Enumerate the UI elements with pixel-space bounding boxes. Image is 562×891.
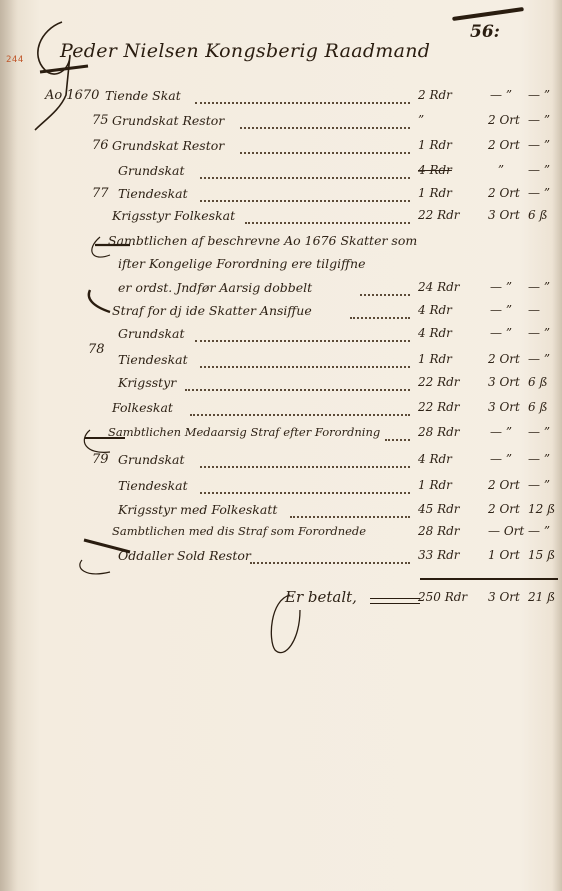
amount-ort: 2 Ort (488, 138, 514, 152)
amount-riksdaler: 22 Rdr (418, 375, 474, 389)
amount-skilling: — ” (528, 113, 558, 127)
entry-description: Sambtlichen af beschrevne Ao 1676 Skatte… (108, 233, 417, 248)
amount-skilling: — ” (528, 163, 558, 177)
amount-skilling: — ” (528, 478, 558, 492)
ledger-row: Oddaller Sold Restor 33 Rdr 1 Ort 15 ß (0, 548, 562, 570)
leader-dots (200, 465, 410, 468)
entry-description: Oddaller Sold Restor (118, 548, 251, 563)
entry-description: Grundskat Restor (112, 113, 224, 128)
entry-description: er ordst. Jndfør Aarsig dobbelt (118, 280, 312, 295)
amount-ort: 2 Ort (488, 186, 514, 200)
leader-dots (185, 388, 410, 391)
amount-skilling: — (528, 303, 558, 317)
ledger-row: Tiendeskat 1 Rdr 2 Ort — ” (0, 352, 562, 374)
ledger-row: Ao 1670 Tiende Skat 2 Rdr — ” — ” (0, 88, 562, 110)
leader-dots (200, 199, 410, 202)
amount-skilling: 15 ß (528, 548, 558, 562)
entry-description: Sambtlichen med dis Straf som Forordnede (112, 524, 366, 538)
amount-riksdaler: 4 Rdr (418, 163, 474, 177)
ledger-row: er ordst. Jndfør Aarsig dobbelt 24 Rdr —… (0, 280, 562, 302)
entry-description: Tiendeskat (118, 352, 188, 367)
leader-dots (350, 316, 410, 319)
amount-riksdaler: 2 Rdr (418, 88, 474, 102)
entry-year: 77 (92, 186, 109, 201)
leader-dots (200, 491, 410, 494)
ledger-row: 77 Tiendeskat 1 Rdr 2 Ort — ” (0, 186, 562, 208)
amount-riksdaler: 24 Rdr (418, 280, 474, 294)
ledger-row: Straf for dj ide Skatter Ansiffue 4 Rdr … (0, 303, 562, 325)
amount-skilling: 6 ß (528, 400, 558, 414)
entry-description: Tiendeskat (118, 478, 188, 493)
entry-year: 79 (92, 452, 109, 467)
amount-riksdaler: 45 Rdr (418, 502, 474, 516)
entry-description: Krigsstyr Folkeskat (112, 208, 235, 223)
entry-description: Folkeskat (112, 400, 173, 415)
amount-riksdaler: 4 Rdr (418, 303, 474, 317)
total-row: 250 Rdr 3 Ort 21 ß (0, 590, 562, 612)
entry-description: Grundskat (118, 452, 185, 467)
total-ort: 3 Ort (488, 590, 514, 604)
amount-ort: — ” (488, 280, 514, 294)
leader-dots (250, 561, 410, 564)
amount-riksdaler: 22 Rdr (418, 208, 474, 222)
ledger-row: 76 Grundskat Restor 1 Rdr 2 Ort — ” (0, 138, 562, 160)
entry-description: Grundskat Restor (112, 138, 224, 153)
folio-margin-number: 244 (6, 55, 24, 65)
amount-skilling: — ” (528, 186, 558, 200)
amount-ort: — ” (488, 303, 514, 317)
leader-dots (240, 151, 410, 154)
total-rule (420, 578, 558, 580)
entry-description: Grundskat (118, 163, 185, 178)
page-number: 56: (470, 22, 500, 42)
amount-skilling: — ” (528, 425, 558, 439)
entry-description: Sambtlichen Medaarsig Straf efter Forord… (108, 425, 380, 439)
leader-dots (190, 413, 410, 416)
entry-year: Ao 1670 (45, 88, 99, 103)
amount-riksdaler: 1 Rdr (418, 138, 474, 152)
entry-description: Tiendeskat (118, 186, 188, 201)
amount-ort: — ” (488, 452, 514, 466)
amount-ort: — ” (488, 88, 514, 102)
leader-dots (240, 126, 410, 129)
amount-ort: ” (488, 163, 514, 177)
ledger-row: Sambtlichen af beschrevne Ao 1676 Skatte… (0, 233, 562, 255)
ledger-row: Grundskat 4 Rdr ” — ” (0, 163, 562, 185)
amount-ort: 2 Ort (488, 352, 514, 366)
amount-riksdaler: 1 Rdr (418, 478, 474, 492)
amount-skilling: — ” (528, 88, 558, 102)
amount-ort: 3 Ort (488, 208, 514, 222)
leader-dots (200, 365, 410, 368)
amount-ort: 2 Ort (488, 478, 514, 492)
account-holder-title: Peder Nielsen Kongsberig Raadmand (60, 40, 430, 62)
ledger-row: ifter Kongelige Forordning ere tilgiffne (0, 256, 562, 278)
ledger-row: 79 Grundskat 4 Rdr — ” — ” (0, 452, 562, 474)
amount-riksdaler: 4 Rdr (418, 452, 474, 466)
amount-skilling: — ” (528, 138, 558, 152)
ledger-row: Folkeskat 22 Rdr 3 Ort 6 ß (0, 400, 562, 422)
entry-description: ifter Kongelige Forordning ere tilgiffne (118, 256, 365, 271)
amount-ort: — ” (488, 425, 514, 439)
ledger-page: 244 56: Peder Nielsen Kongsberig Raadman… (0, 0, 562, 891)
amount-skilling: — ” (528, 352, 558, 366)
amount-ort: — ” (488, 326, 514, 340)
ledger-row: Krigsstyr 22 Rdr 3 Ort 6 ß (0, 375, 562, 397)
entry-description: Straf for dj ide Skatter Ansiffue (112, 303, 312, 318)
amount-skilling: 6 ß (528, 375, 558, 389)
entry-description: Krigsstyr (118, 375, 176, 390)
leader-dots (290, 515, 410, 518)
ledger-row: Krigsstyr Folkeskat 22 Rdr 3 Ort 6 ß (0, 208, 562, 230)
amount-riksdaler: 1 Rdr (418, 186, 474, 200)
amount-ort: — Ort (488, 524, 514, 538)
ledger-row: Sambtlichen Medaarsig Straf efter Forord… (0, 425, 562, 447)
amount-riksdaler: 4 Rdr (418, 326, 474, 340)
amount-ort: 2 Ort (488, 113, 514, 127)
leader-dots (385, 438, 410, 441)
amount-riksdaler: 28 Rdr (418, 425, 474, 439)
amount-skilling: — ” (528, 452, 558, 466)
amount-riksdaler: 22 Rdr (418, 400, 474, 414)
amount-riksdaler: ” (418, 113, 474, 127)
entry-description: Grundskat (118, 326, 185, 341)
entry-year: 75 (92, 113, 109, 128)
ledger-row: Krigsstyr med Folkeskatt 45 Rdr 2 Ort 12… (0, 502, 562, 524)
amount-ort: 3 Ort (488, 375, 514, 389)
amount-ort: 1 Ort (488, 548, 514, 562)
amount-skilling: — ” (528, 280, 558, 294)
ledger-row: 75 Grundskat Restor ” 2 Ort — ” (0, 113, 562, 135)
ledger-row: Sambtlichen med dis Straf som Forordnede… (0, 524, 562, 546)
total-riksdaler: 250 Rdr (418, 590, 474, 604)
amount-riksdaler: 1 Rdr (418, 352, 474, 366)
leader-dots (245, 221, 410, 224)
amount-riksdaler: 28 Rdr (418, 524, 474, 538)
leader-dots (360, 293, 410, 296)
entry-description: Krigsstyr med Folkeskatt (118, 502, 277, 517)
entry-description: Tiende Skat (105, 88, 181, 103)
ledger-row: Tiendeskat 1 Rdr 2 Ort — ” (0, 478, 562, 500)
amount-skilling: 12 ß (528, 502, 558, 516)
leader-dots (195, 101, 410, 104)
total-skilling: 21 ß (528, 590, 558, 604)
amount-skilling: — ” (528, 326, 558, 340)
amount-ort: 3 Ort (488, 400, 514, 414)
leader-dots (200, 176, 410, 179)
amount-ort: 2 Ort (488, 502, 514, 516)
page-number-stroke (452, 7, 524, 21)
amount-skilling: — ” (528, 524, 558, 538)
entry-year: 76 (92, 138, 109, 153)
amount-riksdaler: 33 Rdr (418, 548, 474, 562)
amount-skilling: 6 ß (528, 208, 558, 222)
